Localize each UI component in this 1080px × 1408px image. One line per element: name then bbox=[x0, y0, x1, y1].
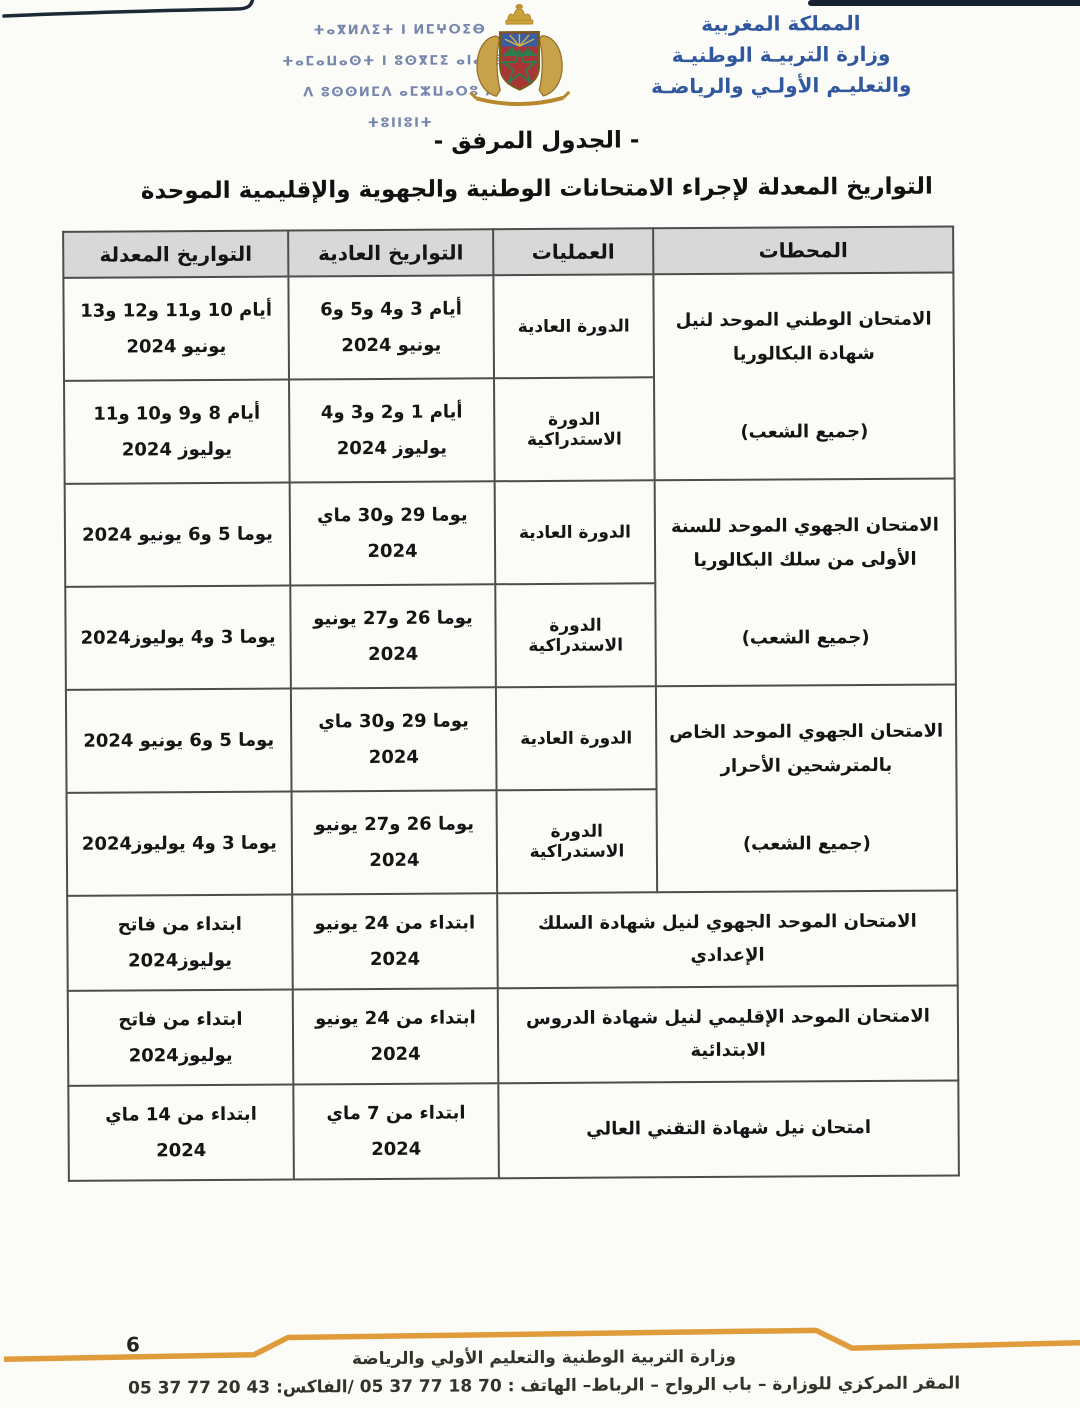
table-header-row: المحطات العمليات التواريخ العادية التوار… bbox=[63, 226, 953, 277]
table-row: الامتحان الوطني الموحد لنيل شهادة البكال… bbox=[63, 272, 954, 380]
modified-date-cell: ابتداء من 14 ماي 2024 bbox=[68, 1085, 294, 1181]
table-row: الامتحان الجهوي الموحد للسنة الأولى من س… bbox=[65, 478, 956, 586]
station-cell-higher-technician: امتحان نيل شهادة التقني العالي bbox=[498, 1080, 959, 1178]
modified-date-cell: أيام 8 و9 و10 و11 يوليوز 2024 bbox=[64, 380, 290, 484]
column-header-normal-dates: التواريخ العادية bbox=[288, 229, 493, 276]
column-header-operations: العمليات bbox=[493, 228, 653, 275]
station-note: (جميع الشعب) bbox=[740, 415, 868, 450]
operation-cell: الدورة العادية bbox=[493, 274, 654, 378]
station-cell-free-candidates: الامتحان الجهوي الموحد الخاص بالمترشحين … bbox=[656, 684, 957, 892]
table-row: الامتحان الجهوي الموحد الخاص بالمترشحين … bbox=[66, 684, 957, 792]
operation-cell: الدورة الاستدراكية bbox=[495, 583, 656, 687]
column-header-stations: المحطات bbox=[653, 226, 953, 274]
normal-date-cell: أيام 3 و4 و5 و6 يونيو 2024 bbox=[288, 275, 494, 379]
operation-cell: الدورة العادية bbox=[495, 480, 656, 584]
arabic-ministry-name: المملكة المغربية وزارة التربيـة الوطنيـة… bbox=[614, 7, 949, 102]
ministry-name-line-2: والتعليـم الأولـي والرياضـة bbox=[614, 69, 948, 102]
table-row: الامتحان الموحد الإقليمي لنيل شهادة الدر… bbox=[68, 985, 959, 1085]
station-cell-regional-first-year: الامتحان الجهوي الموحد للسنة الأولى من س… bbox=[655, 478, 956, 686]
normal-date-cell: يوما 26 و27 يونيو 2024 bbox=[290, 584, 496, 688]
normal-date-cell: يوما 29 و30 ماي 2024 bbox=[291, 687, 497, 791]
column-header-modified-dates: التواريخ المعدلة bbox=[63, 231, 288, 278]
modified-date-cell: يوما 3 و4 يوليوز2024 bbox=[65, 586, 291, 690]
normal-date-cell: ابتداء من 24 يونيو 2024 bbox=[293, 988, 499, 1084]
kingdom-name: المملكة المغربية bbox=[614, 7, 948, 40]
modified-date-cell: ابتداء من فاتح يوليوز2024 bbox=[67, 895, 293, 991]
page-title: التواريخ المعدلة لإجراء الامتحانات الوطن… bbox=[0, 173, 1077, 206]
normal-date-cell: ابتداء من 7 ماي 2024 bbox=[293, 1083, 499, 1179]
station-cell-middle-school: الامتحان الموحد الجهوي لنيل شهادة السلك … bbox=[497, 890, 958, 988]
station-name: الامتحان الجهوي الموحد للسنة الأولى من س… bbox=[664, 508, 946, 578]
table-row: امتحان نيل شهادة التقني العالي ابتداء من… bbox=[68, 1080, 959, 1180]
normal-date-cell: يوما 29 و30 ماي 2024 bbox=[290, 481, 496, 585]
ministry-name-line-1: وزارة التربيـة الوطنيـة bbox=[614, 38, 948, 71]
station-note: (جميع الشعب) bbox=[742, 621, 870, 656]
station-name: الامتحان الجهوي الموحد الخاص بالمترشحين … bbox=[665, 714, 947, 784]
table-row: الامتحان الموحد الجهوي لنيل شهادة السلك … bbox=[67, 890, 958, 990]
operation-cell: الدورة الاستدراكية bbox=[494, 377, 655, 481]
letterhead: ⵜⴰⴳⵍⴷⵉⵜ ⵏ ⵍⵎⵖⵔⵉⴱ ⵜⴰⵎⴰⵡⴰⵙⵜ ⵏ ⵓⵙⴳⵎⵉ ⴰⵏⴰⵎⵓⵔ… bbox=[0, 0, 1076, 121]
morocco-coat-of-arms-icon bbox=[462, 4, 578, 115]
modified-date-cell: أيام 10 و11 و12 و13 يونيو 2024 bbox=[63, 277, 289, 381]
normal-date-cell: ابتداء من 24 يونيو 2024 bbox=[292, 893, 498, 989]
scanned-document-page: ⵜⴰⴳⵍⴷⵉⵜ ⵏ ⵍⵎⵖⵔⵉⴱ ⵜⴰⵎⴰⵡⴰⵙⵜ ⵏ ⵓⵙⴳⵎⵉ ⴰⵏⴰⵎⵓⵔ… bbox=[0, 0, 1080, 1408]
modified-date-cell: يوما 5 و6 يونيو 2024 bbox=[65, 483, 291, 587]
normal-date-cell: يوما 26 و27 يونيو 2024 bbox=[292, 790, 498, 894]
station-cell-primary-school: الامتحان الموحد الإقليمي لنيل شهادة الدر… bbox=[498, 985, 959, 1083]
attachment-label: - الجدول المرفق - bbox=[0, 125, 1077, 158]
station-note: (جميع الشعب) bbox=[743, 827, 871, 862]
modified-date-cell: يوما 3 و4 يوليوز2024 bbox=[67, 792, 293, 896]
exam-schedule-table: المحطات العمليات التواريخ العادية التوار… bbox=[62, 225, 960, 1181]
station-cell-bac-national: الامتحان الوطني الموحد لنيل شهادة البكال… bbox=[653, 272, 954, 480]
normal-date-cell: أيام 1 و2 و3 و4 يوليوز 2024 bbox=[289, 378, 495, 482]
operation-cell: الدورة العادية bbox=[496, 686, 657, 790]
footer-address-phone: المقر المركزي للوزارة – باب الرواح – الر… bbox=[4, 1373, 1080, 1400]
operation-cell: الدورة الاستدراكية bbox=[497, 789, 658, 893]
modified-date-cell: يوما 5 و6 يونيو 2024 bbox=[66, 689, 292, 793]
modified-date-cell: ابتداء من فاتح يوليوز2024 bbox=[68, 990, 294, 1086]
station-name: الامتحان الوطني الموحد لنيل شهادة البكال… bbox=[663, 302, 945, 372]
